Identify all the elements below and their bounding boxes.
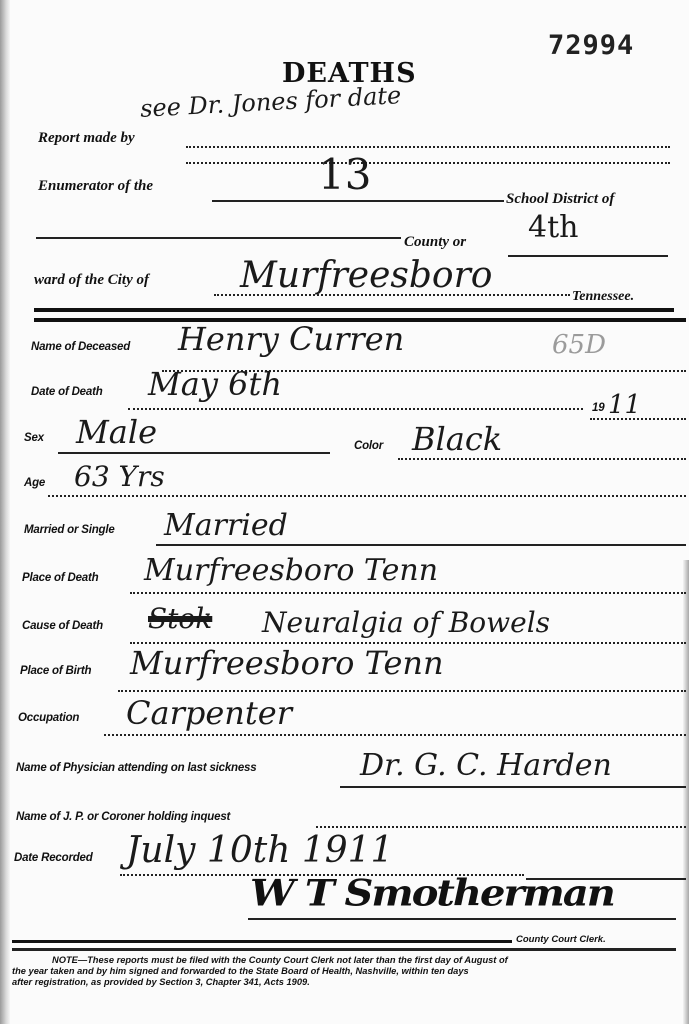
place-of-death-line	[130, 592, 686, 594]
handwritten-annotation: see Dr. Jones for date	[139, 81, 401, 123]
county-label: County or	[404, 234, 466, 251]
footer-note-line-2: the year taken and by him signed and for…	[12, 966, 654, 977]
place-of-birth-label: Place of Birth	[20, 665, 91, 677]
footer-note: NOTE—These reports must be filed with th…	[12, 955, 654, 988]
report-made-by-line-2	[186, 162, 670, 164]
coroner-label: Name of J. P. or Coroner holding inquest	[16, 811, 230, 823]
physician-label: Name of Physician attending on last sick…	[16, 762, 256, 774]
place-of-death-label: Place of Death	[22, 572, 98, 584]
occupation-label: Occupation	[18, 712, 79, 724]
age-value[interactable]: 63 Yrs	[74, 460, 165, 493]
cause-of-death-struck: Stok	[148, 602, 212, 635]
sex-label: Sex	[24, 432, 44, 444]
date-of-death-label: Date of Death	[31, 386, 103, 398]
occupation-value[interactable]: Carpenter	[126, 694, 292, 732]
place-of-death-value[interactable]: Murfreesboro Tenn	[144, 553, 438, 588]
county-line	[508, 255, 668, 257]
ward-city-label: ward of the City of	[34, 272, 149, 289]
clerk-signature: W T Smotherman	[250, 872, 614, 914]
serial-number: 72994	[548, 30, 634, 61]
county-court-clerk-label: County Court Clerk.	[516, 934, 606, 945]
date-of-death-year-value[interactable]: 11	[608, 390, 641, 420]
sex-line	[58, 452, 330, 454]
name-of-deceased-value[interactable]: Henry Curren	[178, 320, 404, 358]
header-divider-1	[34, 308, 674, 312]
name-of-deceased-note: 65D	[552, 330, 606, 360]
page-left-edge	[0, 0, 10, 1024]
school-district-label: School District of	[506, 191, 614, 208]
footer-note-line-1: NOTE—These reports must be filed with th…	[12, 955, 654, 966]
footer-note-line-3: after registration, as provided by Secti…	[12, 977, 654, 988]
county-prefix-line	[36, 237, 401, 239]
date-of-death-value[interactable]: May 6th	[148, 365, 282, 403]
date-recorded-label: Date Recorded	[14, 852, 93, 864]
enumerator-line	[212, 200, 504, 202]
occupation-line	[104, 734, 686, 736]
date-of-death-line	[128, 408, 583, 410]
date-recorded-value[interactable]: July 10th 1911	[126, 830, 393, 871]
marital-status-line	[156, 544, 686, 546]
tennessee-label: Tennessee.	[572, 289, 634, 305]
enumerator-value[interactable]: 13	[318, 150, 371, 199]
marital-status-value[interactable]: Married	[164, 508, 288, 543]
ward-city-line	[214, 294, 570, 296]
footer-divider-2	[12, 948, 676, 951]
cause-of-death-value[interactable]: Neuralgia of Bowels	[262, 606, 550, 639]
county-value[interactable]: 4th	[528, 210, 578, 245]
report-made-by-line	[186, 146, 670, 148]
physician-value[interactable]: Dr. G. C. Harden	[360, 748, 612, 783]
color-value[interactable]: Black	[412, 420, 502, 458]
date-of-death-year-line	[590, 418, 686, 420]
coroner-line	[316, 826, 686, 828]
age-line	[48, 495, 686, 497]
report-made-by-label: Report made by	[38, 130, 135, 147]
marital-status-label: Married or Single	[24, 524, 115, 536]
signature-line	[248, 918, 676, 920]
color-label: Color	[354, 440, 383, 452]
sex-value[interactable]: Male	[76, 413, 157, 451]
age-label: Age	[24, 477, 45, 489]
place-of-birth-line	[118, 690, 686, 692]
color-line	[398, 458, 686, 460]
date-of-death-year-prefix: 19	[592, 402, 604, 414]
ward-city-value[interactable]: Murfreesboro	[240, 255, 492, 296]
cause-of-death-label: Cause of Death	[22, 620, 103, 632]
physician-line	[340, 786, 686, 788]
page-right-edge	[683, 560, 689, 1024]
footer-divider	[12, 940, 512, 943]
enumerator-label: Enumerator of the	[38, 178, 153, 195]
name-of-deceased-label: Name of Deceased	[31, 341, 130, 353]
place-of-birth-value[interactable]: Murfreesboro Tenn	[130, 644, 444, 682]
